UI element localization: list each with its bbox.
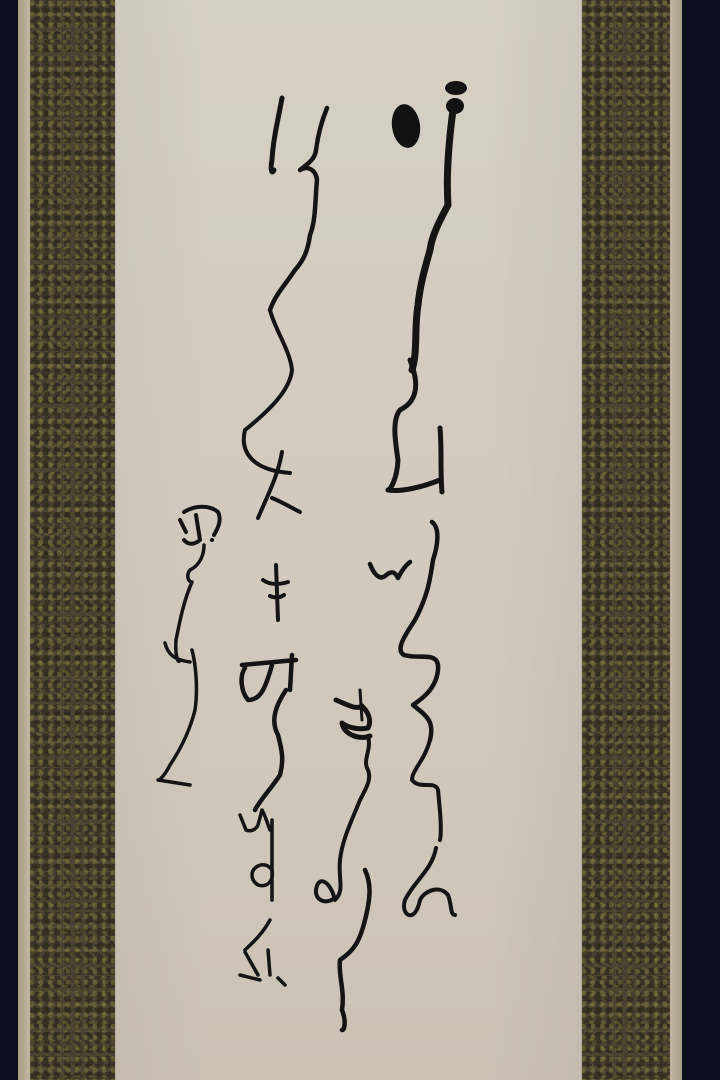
column-3-strokes	[240, 98, 327, 985]
calligraphy-ink	[0, 0, 720, 1080]
dai-stroke-2	[272, 498, 300, 512]
column-4-strokes	[158, 507, 220, 785]
column-2-strokes	[316, 562, 410, 1030]
dai-stroke-1	[258, 452, 282, 518]
column-1-strokes	[388, 81, 467, 915]
